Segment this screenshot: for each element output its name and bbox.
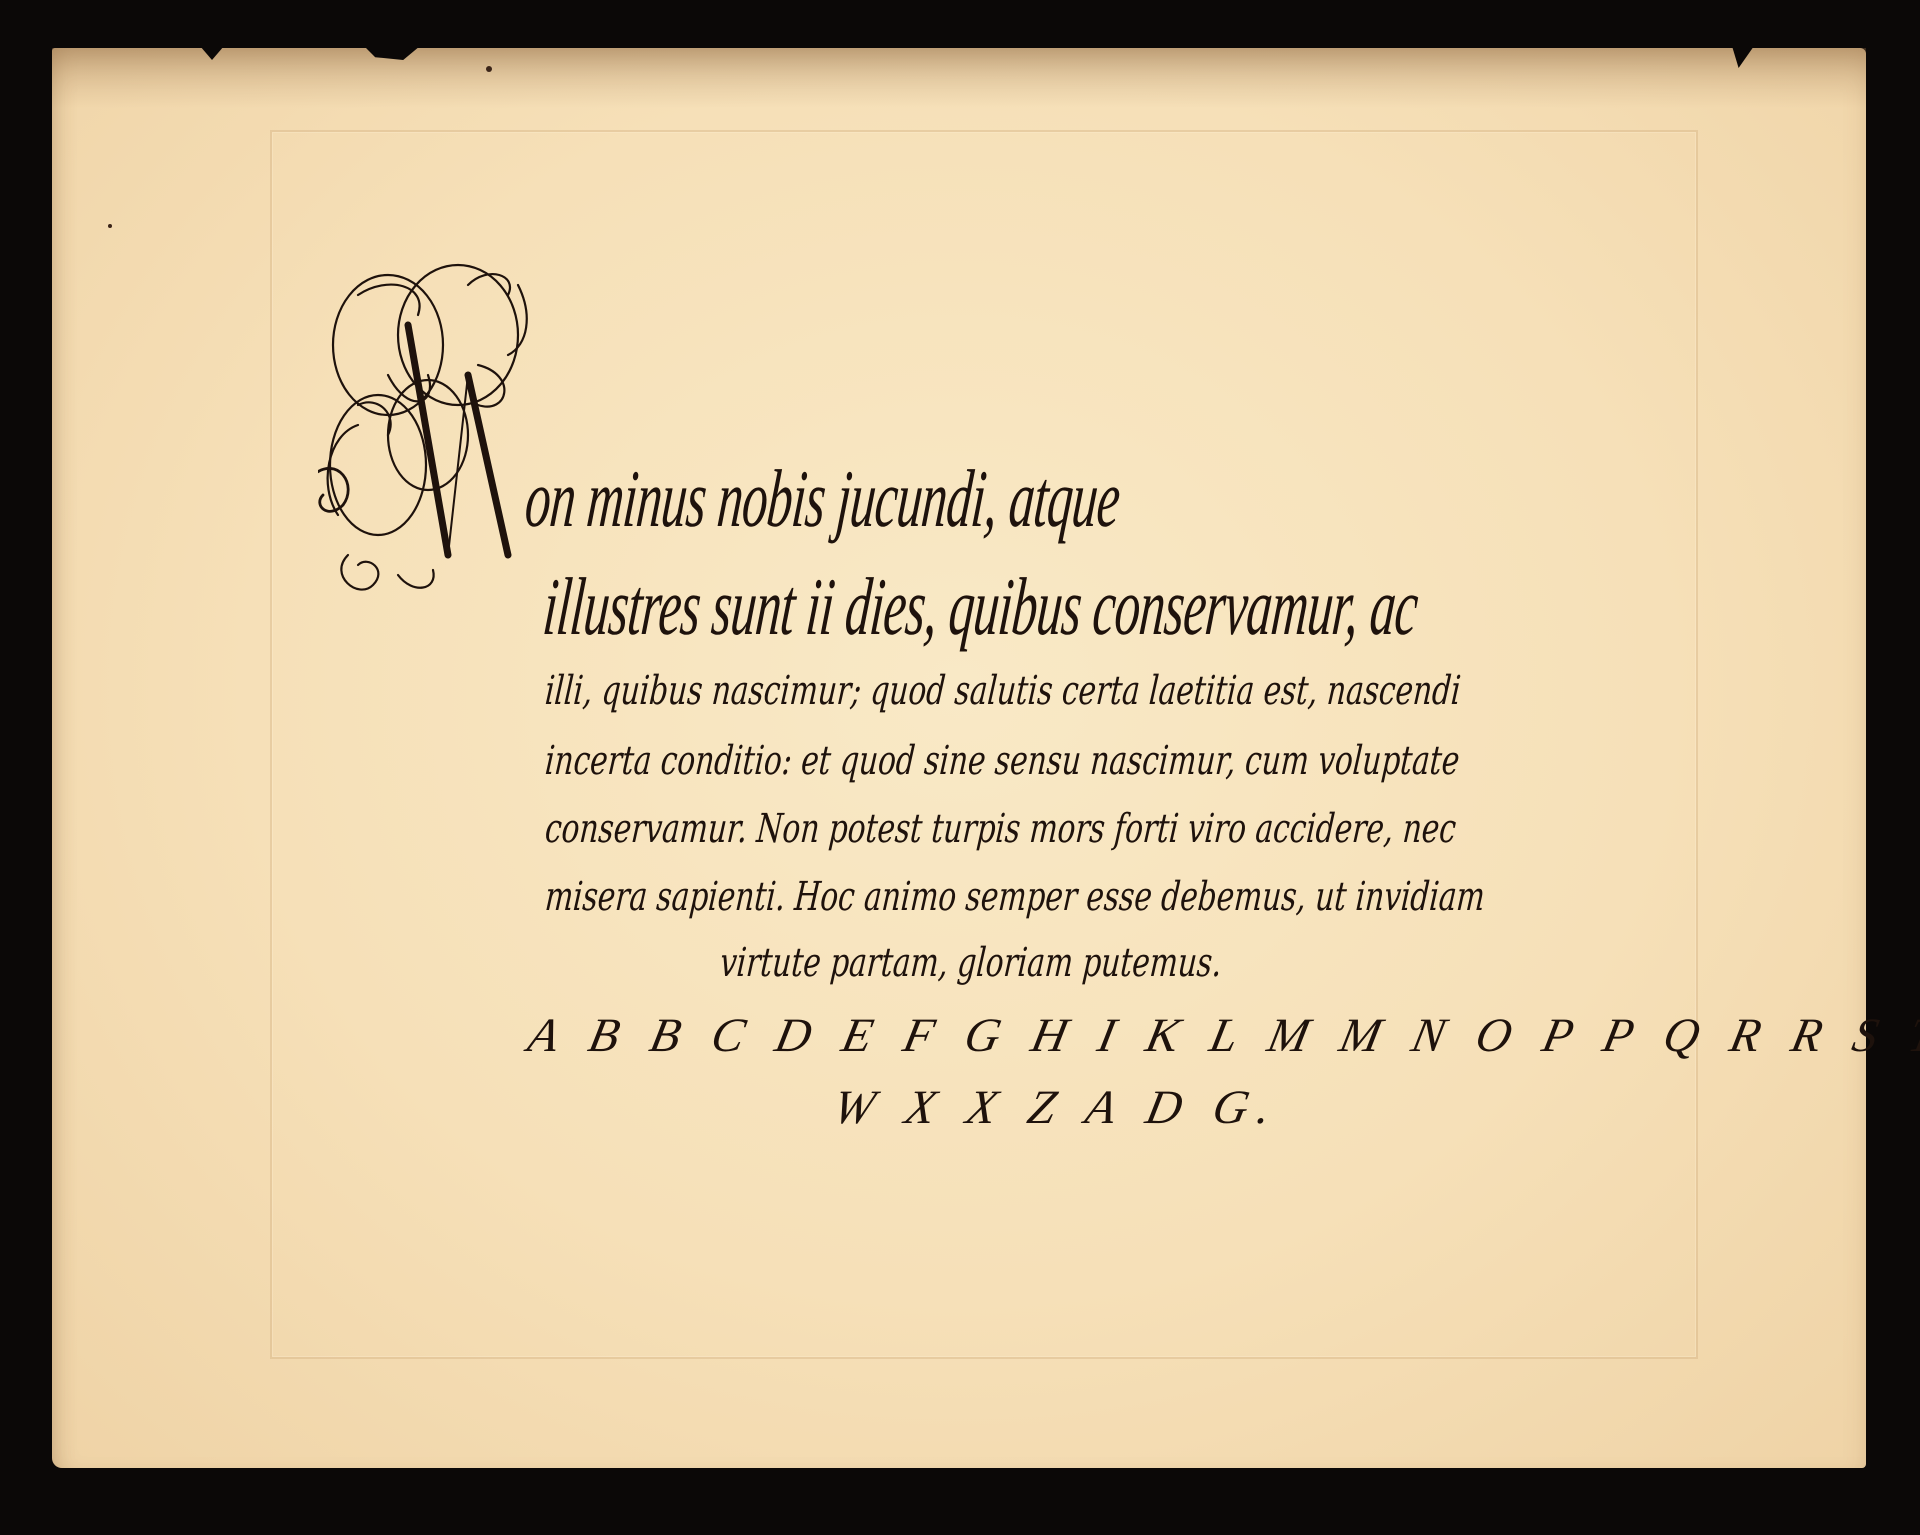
alphabet-line-1: A B B C D E F G H I K L M M N O P P Q R …	[523, 1008, 1920, 1063]
body-line-4: misera sapienti. Hoc animo semper esse d…	[543, 874, 1486, 920]
heading-line-2: illustres sunt ii dies, quibus conservam…	[540, 560, 1422, 654]
body-line-2: incerta conditio: et quod sine sensu nas…	[543, 738, 1461, 784]
heading-line-1: on minus nobis jucundi, atque	[522, 452, 1124, 546]
calligraphy-text: on minus nobis jucundi, atque illustres …	[0, 0, 1920, 1535]
body-line-5: virtute partam, gloriam putemus.	[718, 940, 1223, 986]
scan-background: on minus nobis jucundi, atque illustres …	[0, 0, 1920, 1535]
alphabet-line-2: W X X Z A D G.	[828, 1080, 1286, 1135]
body-line-1: illi, quibus nascimur; quod salutis cert…	[543, 668, 1462, 714]
ornate-initial-n-icon	[318, 255, 558, 615]
body-line-3: conservamur. Non potest turpis mors fort…	[543, 806, 1457, 852]
